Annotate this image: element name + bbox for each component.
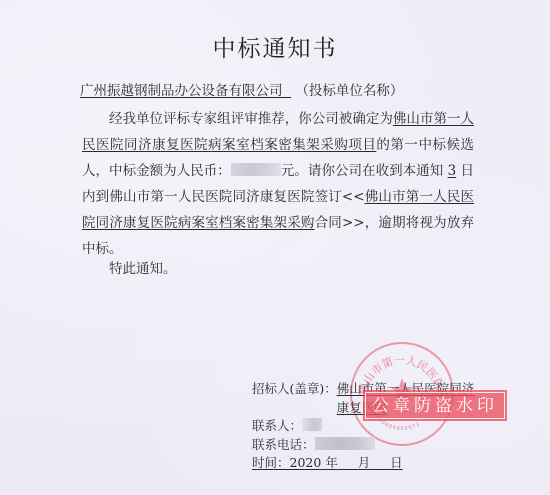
phone-label: 联系电话： <box>252 437 315 452</box>
notice-paragraph: 经我单位评标专家组评审推荐，你公司被确定为佛山市第一人民医院同济康复医院病案室档… <box>82 106 474 262</box>
underline-gap <box>283 83 292 99</box>
redacted-phone <box>315 437 375 450</box>
document-title: 中标通知书 <box>0 30 550 63</box>
redacted-contact <box>302 418 322 431</box>
date-year-unit: 年 <box>325 455 338 470</box>
body-text: 经我单位评标专家组评审推荐，你公司被确定为 <box>109 111 393 127</box>
issuer-label: 招标人(盖章)： <box>252 380 337 399</box>
date-year: 2020 <box>290 455 322 470</box>
body-text: 元。请你公司在收到本通知 <box>281 163 443 179</box>
date-day-unit: 日 <box>390 455 403 470</box>
bidder-name-hint: （投标单位名称） <box>295 83 403 99</box>
phone-row: 联系电话： <box>252 436 474 455</box>
bidder-company-name: 广州振越钢制品办公设备有限公司 <box>80 83 283 99</box>
date-row: 时间：2020 年 月 日 <box>252 454 474 473</box>
contact-label: 联系人： <box>252 418 302 433</box>
date-month-unit: 月 <box>358 455 371 470</box>
anti-theft-watermark: 公章防盗水印 <box>365 392 505 419</box>
document-page: 中标通知书 广州振越钢制品办公设备有限公司 （投标单位名称） 经我单位评标专家组… <box>0 0 550 495</box>
date-label: 时间： <box>252 455 290 470</box>
deadline-days: 3 <box>448 163 457 179</box>
addressee-line: 广州振越钢制品办公设备有限公司 （投标单位名称） <box>80 79 403 99</box>
redacted-amount <box>231 163 281 176</box>
closing-text: 特此通知。 <box>109 257 177 277</box>
notice-body: 经我单位评标专家组评审推荐，你公司被确定为佛山市第一人民医院同济康复医院病案室档… <box>82 106 474 262</box>
